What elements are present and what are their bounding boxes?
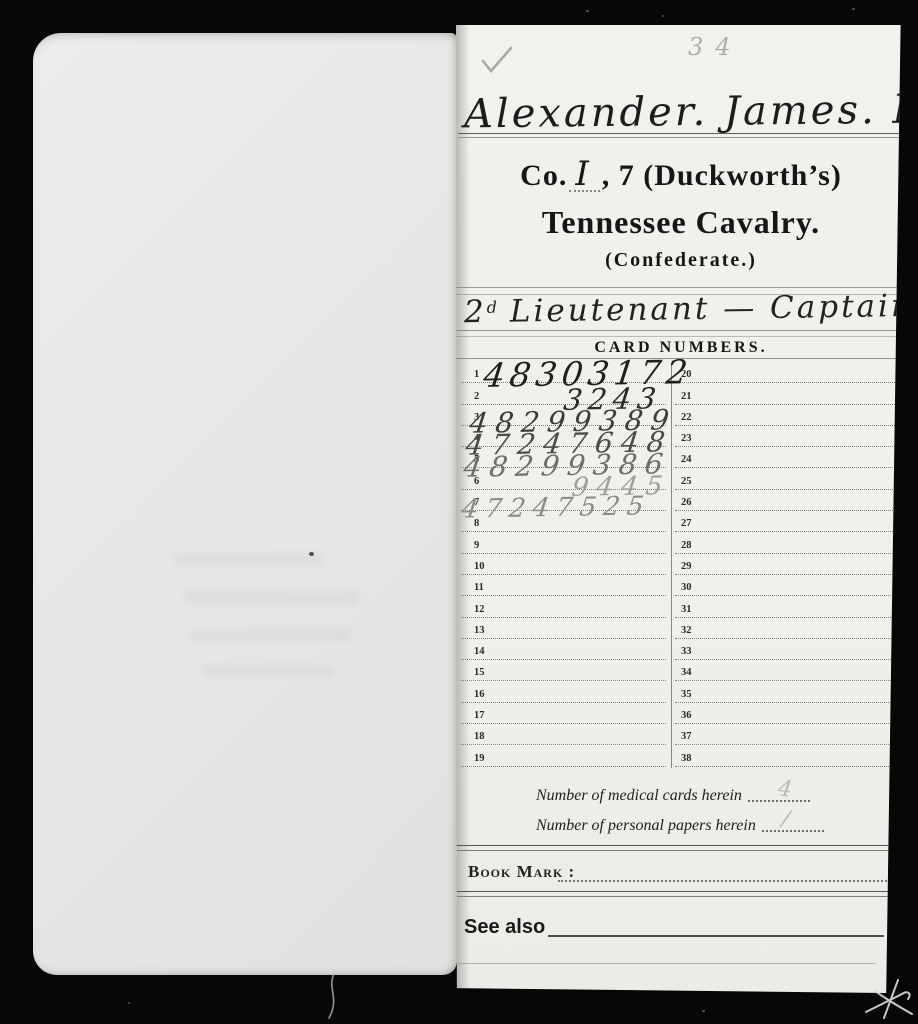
row-rule (675, 766, 897, 767)
row-number: 33 (681, 646, 692, 657)
table-row: 19 (458, 746, 671, 767)
confederate-label: (Confederate.) (456, 249, 906, 272)
row-rule (675, 574, 897, 575)
pencil-page-number: 34 (688, 33, 743, 61)
bleedthrough-smudge (183, 591, 358, 604)
rank-number: 2 (464, 294, 487, 330)
film-speck (586, 10, 589, 12)
table-row: 16 (458, 682, 671, 703)
bleedthrough-smudge (173, 553, 323, 565)
row-rule (461, 553, 666, 554)
table-row: 26 (672, 491, 902, 512)
fill-in-rule (762, 830, 824, 832)
medical-cards-label: Number of medical cards herein (536, 787, 742, 804)
row-number: 15 (474, 667, 485, 678)
row-number: 22 (681, 412, 692, 423)
soldier-name-script: Alexander. James. R (464, 87, 918, 138)
row-rule (675, 425, 897, 426)
row-number: 1 (474, 369, 479, 380)
company-letter-script: I (569, 159, 599, 192)
row-rule (675, 744, 897, 745)
bleedthrough-smudge (191, 629, 351, 641)
row-rule (675, 531, 897, 532)
row-rule (461, 744, 666, 745)
row-number: 25 (681, 476, 692, 487)
see-also-label: See also (464, 916, 545, 939)
row-rule (675, 467, 897, 468)
table-row: 28 (672, 533, 902, 554)
table-row: 23 (672, 427, 902, 448)
row-number: 17 (474, 710, 485, 721)
film-speck (662, 15, 664, 17)
unit-title-line: Co.I, 7 (Duckworth’s) (456, 159, 906, 193)
row-number: 28 (681, 540, 692, 551)
row-number: 27 (681, 518, 692, 529)
table-row: 10 (458, 555, 671, 576)
row-number: 29 (681, 561, 692, 572)
blank-facing-page (33, 33, 457, 975)
rank-text: Lieutenant — Captain. (497, 288, 918, 330)
film-speck (702, 1010, 705, 1012)
row-rule (675, 617, 897, 618)
row-rule (675, 638, 897, 639)
row-number: 10 (474, 561, 485, 572)
table-row: 15 (458, 661, 671, 682)
medical-cards-line: Number of medical cards herein (536, 787, 810, 805)
row-rule (675, 595, 897, 596)
book-mark-label: Book Mark : (468, 862, 575, 882)
row-rule (461, 723, 666, 724)
row-rule (461, 702, 666, 703)
table-row: 29 (672, 555, 902, 576)
book-mark-rule (558, 880, 890, 882)
table-row: 35 (672, 682, 902, 703)
row-number: 14 (474, 646, 485, 657)
row-rule (461, 638, 666, 639)
service-record-jacket: 34 Alexander. James. R Co.I, 7 (Duckwort… (456, 25, 906, 993)
row-number: 11 (474, 582, 484, 593)
rank-bottom-rule2 (456, 336, 896, 337)
row-rule (675, 404, 897, 405)
table-row: 27 (672, 512, 902, 533)
row-rule (461, 680, 666, 681)
row-number: 13 (474, 625, 485, 636)
scratch-mark-icon (862, 972, 918, 1024)
bottom-blank-rule (458, 963, 876, 964)
row-rule (675, 702, 897, 703)
row-rule (675, 382, 897, 383)
table-row: 9 (458, 533, 671, 554)
table-row: 24 (672, 448, 902, 469)
card-numbers-right-column: 20 21 22 23 24 25 26 27 28 29 30 31 32 3… (672, 363, 902, 768)
table-row: 32 (672, 619, 902, 640)
pencil-check-icon (480, 45, 514, 75)
table-row: 38 (672, 746, 902, 767)
row-rule (461, 531, 666, 532)
rank-ordinal: d (487, 298, 498, 317)
row-number: 18 (474, 731, 485, 742)
row-number: 23 (681, 433, 692, 444)
row-rule (675, 553, 897, 554)
film-speck (852, 8, 855, 10)
table-row: 12 (458, 597, 671, 618)
bleedthrough-smudge (203, 665, 333, 676)
rank-script: 2d Lieutenant — Captain. (464, 288, 918, 330)
rank-top-rule (456, 287, 898, 288)
row-rule (675, 680, 897, 681)
row-rule (675, 446, 897, 447)
name-rule (458, 133, 904, 138)
divider-rule (456, 891, 896, 897)
table-row: 17 (458, 704, 671, 725)
row-rule (461, 574, 666, 575)
regiment-text: , 7 (Duckworth’s) (602, 159, 842, 192)
row-rule (675, 489, 897, 490)
table-row: 21 (672, 384, 902, 405)
row-number: 2 (474, 391, 479, 402)
table-row: 14 (458, 640, 671, 661)
table-row: 11 (458, 576, 671, 597)
row-rule (461, 766, 666, 767)
row-rule (675, 510, 897, 511)
personal-papers-label: Number of personal papers herein (536, 817, 756, 834)
regiment-name: Tennessee Cavalry. (456, 204, 906, 241)
row-rule (461, 617, 666, 618)
table-row: 33 (672, 640, 902, 661)
table-row: 36 (672, 704, 902, 725)
row-number: 26 (681, 497, 692, 508)
row-rule (461, 595, 666, 596)
row-number: 30 (681, 582, 692, 593)
table-row: 20 (672, 363, 902, 384)
row-number: 21 (681, 391, 692, 402)
table-row: 13 (458, 619, 671, 640)
row-number: 19 (474, 753, 485, 764)
row-rule (461, 659, 666, 660)
scanned-microfilm-frame: { "pencil_annotations": { "check_mark": … (0, 0, 918, 1024)
table-row: 22 (672, 406, 902, 427)
thread-artifact-icon (318, 972, 352, 1022)
table-row: 30 (672, 576, 902, 597)
row-number: 12 (474, 604, 485, 615)
company-prefix: Co. (520, 159, 567, 192)
row-number: 32 (681, 625, 692, 636)
row-number: 16 (474, 689, 485, 700)
table-row: 25 (672, 469, 902, 490)
ink-speck (309, 552, 314, 556)
card-number-entry: 47247525 (460, 491, 652, 524)
divider-rule (456, 845, 900, 851)
rank-bottom-rule (456, 330, 900, 331)
row-number: 34 (681, 667, 692, 678)
row-number: 36 (681, 710, 692, 721)
row-number: 35 (681, 689, 692, 700)
table-row: 18 (458, 725, 671, 746)
row-number: 38 (681, 753, 692, 764)
row-number: 9 (474, 540, 479, 551)
table-row: 37 (672, 725, 902, 746)
row-rule (675, 659, 897, 660)
row-rule (675, 723, 897, 724)
table-row: 34 (672, 661, 902, 682)
row-number: 31 (681, 604, 692, 615)
table-row: 31 (672, 597, 902, 618)
film-speck (128, 1002, 130, 1004)
row-number: 24 (681, 454, 692, 465)
see-also-rule (548, 935, 884, 937)
row-number: 37 (681, 731, 692, 742)
